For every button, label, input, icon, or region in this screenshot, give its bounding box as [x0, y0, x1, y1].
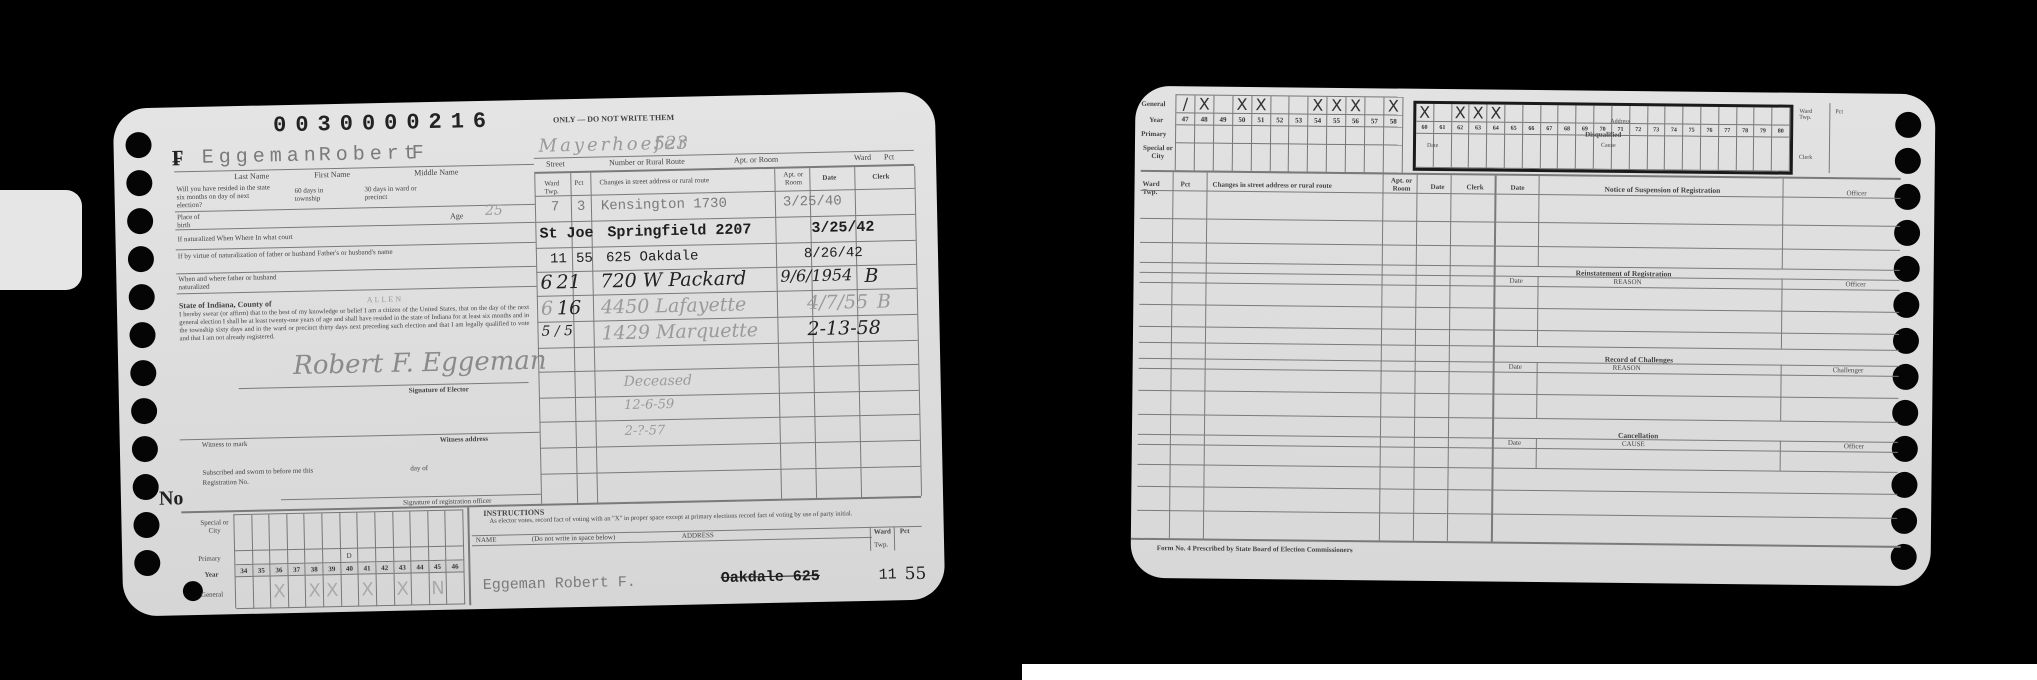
- general-vote-cell: [1719, 107, 1737, 125]
- primary-cell: [429, 547, 447, 561]
- special-cell: [410, 511, 428, 547]
- general-vote-cell: [1683, 107, 1701, 125]
- last-name-label: Last Name: [234, 171, 269, 181]
- year-cell: 74: [1665, 124, 1683, 136]
- year-cell: 78: [1737, 125, 1755, 137]
- year-cell: 53: [1290, 114, 1309, 126]
- year-cell: 68: [1559, 123, 1577, 135]
- primary-cell: D: [341, 549, 359, 563]
- general-vote-cell: [1214, 96, 1233, 114]
- primary-cell: [1365, 127, 1384, 145]
- change-row-6-date: 2-13-58: [807, 317, 881, 341]
- special-cell: [287, 514, 305, 550]
- primary-cell: [1214, 126, 1233, 144]
- general-vote-cell: X: [271, 576, 289, 608]
- footer-address: Oakdale 625: [721, 568, 820, 587]
- year-cell: 79: [1754, 125, 1772, 137]
- change-row-6-address: 1429 Marquette: [601, 319, 758, 344]
- number-label: Number or Rural Route: [609, 157, 685, 168]
- status-cell: [1434, 134, 1452, 168]
- change-row-6-ward: 5 / 5: [541, 323, 573, 340]
- primary-cell: [1176, 125, 1195, 143]
- general-vote-cell: [253, 576, 271, 608]
- status-cell: [1647, 136, 1665, 170]
- status-cell: [1683, 137, 1701, 171]
- registration-no-label: Registration No.: [203, 478, 249, 487]
- punch-hole: [128, 284, 155, 311]
- father-when-label: When and where father or husband natural…: [178, 273, 278, 291]
- age-label: Age: [450, 211, 464, 220]
- reinstatement-col-officer: Officer: [1846, 280, 1866, 288]
- form-mark: ₣: [172, 145, 184, 171]
- special-cell: [446, 510, 464, 546]
- primary-cell: [235, 551, 253, 565]
- year-cell: 47: [1176, 113, 1195, 125]
- special-cell: [1251, 144, 1270, 172]
- change-row-3-ward: 11: [550, 251, 567, 267]
- general-vote-cell: [1577, 105, 1595, 123]
- status-cell: [1772, 137, 1790, 171]
- footer-ward: 11: [879, 566, 897, 583]
- year-cell: 55: [1328, 115, 1347, 127]
- punch-hole: [1893, 292, 1919, 318]
- special-cell: [1308, 145, 1327, 173]
- cause-box-label: Cause: [1601, 143, 1616, 149]
- year-cell: 66: [1523, 123, 1541, 135]
- general-vote-cell: X: [1347, 97, 1366, 115]
- general-vote-cell: X: [1309, 97, 1328, 115]
- general-vote-cell: X: [1195, 95, 1214, 113]
- special-cell: [1270, 144, 1289, 172]
- year-cell: 57: [1365, 115, 1384, 127]
- change-row-5-address: 4450 Lafayette: [601, 293, 747, 318]
- year-cell: 43: [394, 562, 412, 574]
- punch-hole: [1891, 508, 1917, 534]
- general-vote-cell: [1648, 106, 1666, 124]
- witness-address-label: Witness address: [440, 435, 488, 444]
- year-cell: 72: [1630, 124, 1648, 136]
- general-vote-cell: [1523, 105, 1541, 123]
- general-vote-cell: [1630, 106, 1648, 124]
- special-cell: [1289, 144, 1308, 172]
- special-cell: [1214, 144, 1233, 172]
- primary-cell: [1195, 125, 1214, 143]
- year-cell: 37: [288, 564, 306, 576]
- back-col-apt: Apt. or Room: [1386, 176, 1416, 192]
- back-col-address: Changes in street address or rural route: [1213, 181, 1332, 190]
- address-box-label: Address: [1610, 119, 1630, 125]
- general-vote-cell: X: [306, 575, 324, 607]
- year-cell: 54: [1309, 115, 1328, 127]
- punch-hole: [134, 550, 161, 577]
- instructions-pct-label: Pct: [900, 527, 910, 535]
- footer-name: Eggeman Robert F.: [483, 574, 636, 594]
- status-cell: [1416, 134, 1434, 168]
- year-cell: 50: [1233, 114, 1252, 126]
- challenges-col-date: Date: [1509, 363, 1522, 371]
- adjacent-card-fragment: [0, 190, 82, 290]
- row-rule: [1138, 464, 1898, 473]
- naturalized-label: If naturalized When Where In what court: [177, 233, 292, 243]
- general-vote-cell: N: [429, 573, 447, 605]
- row-rule: [1140, 242, 1900, 251]
- subscribed-label: Subscribed and sworn to before me this: [202, 467, 313, 477]
- change-row-2-ward: St Joe: [539, 225, 593, 243]
- special-cell: [270, 514, 288, 550]
- row-rule: [1138, 390, 1898, 399]
- grid-label-special: Special or City: [197, 518, 231, 535]
- general-vote-cell: [447, 572, 465, 604]
- blank-region: [1022, 664, 2037, 680]
- row-rule: [1140, 218, 1900, 227]
- general-vote-cell: X: [1252, 96, 1271, 114]
- year-cell: 39: [323, 563, 341, 575]
- change-row-2-address: Springfield 2207: [607, 221, 751, 241]
- county-value: ALLEN: [367, 295, 403, 305]
- change-row-5-ward: 6: [541, 297, 554, 319]
- apt-label: Apt. or Room: [734, 155, 778, 165]
- year-cell: 76: [1701, 125, 1719, 137]
- special-cell: [1365, 145, 1384, 173]
- year-cell: 48: [1195, 113, 1214, 125]
- change-row-4-pct: 21: [556, 271, 581, 294]
- suspension-col-officer: Officer: [1846, 189, 1866, 197]
- general-vote-cell: [1755, 107, 1773, 125]
- cancellation-col-officer: Officer: [1844, 442, 1864, 450]
- status-cell: [1612, 136, 1630, 170]
- day-of-label: day of: [410, 464, 428, 472]
- general-vote-cell: [1559, 105, 1577, 123]
- status-cell: [1469, 134, 1487, 168]
- status-cell: [1505, 135, 1523, 169]
- year-cell: 36: [271, 564, 289, 576]
- year-cell: 77: [1719, 125, 1737, 137]
- general-vote-cell: [1701, 107, 1719, 125]
- row-rule: [1140, 262, 1900, 271]
- punch-hole: [1894, 220, 1920, 246]
- general-vote-cell: X: [324, 575, 342, 607]
- grid-label-general: General: [201, 590, 223, 598]
- general-vote-cell: [1434, 104, 1452, 122]
- elector-signature: Robert F. Eggeman: [293, 346, 547, 381]
- special-cell: [1384, 145, 1403, 173]
- change-row-4-date: 9/6/1954: [780, 265, 852, 286]
- year-cell: 61: [1434, 122, 1452, 134]
- instructions-address-label: ADDRESS: [682, 531, 714, 540]
- status-cell: [1487, 135, 1505, 169]
- status-cell: [1594, 136, 1612, 170]
- back-ward-label: Ward Twp.: [1799, 109, 1825, 121]
- primary-cell: [253, 550, 271, 564]
- general-vote-cell: [1271, 96, 1290, 114]
- oath-text: I hereby swear (or affirm) that to the b…: [179, 304, 530, 343]
- punch-hole: [130, 360, 157, 387]
- special-cell: [375, 512, 393, 548]
- year-cell: 35: [253, 564, 271, 576]
- general-vote-cell: [288, 576, 306, 608]
- row-rule: [1138, 414, 1898, 423]
- year-cell: 67: [1541, 123, 1559, 135]
- general-vote-cell: [1505, 105, 1523, 123]
- back-col-pct: Pct: [1181, 180, 1191, 188]
- back-col-date: Date: [1431, 183, 1445, 191]
- change-row-5-pct: 16: [557, 297, 582, 320]
- year-cell: 62: [1452, 122, 1470, 134]
- punch-hole: [132, 474, 159, 501]
- year-cell: 60: [1416, 122, 1434, 134]
- reinstatement-col-reason: REASON: [1614, 278, 1642, 286]
- general-vote-cell: X: [359, 574, 377, 606]
- punch-hole: [132, 436, 159, 463]
- primary-cell: [1289, 126, 1308, 144]
- registration-card-back: General Year Primary Special or City /XX…: [1130, 86, 1935, 586]
- general-vote-cell: X: [1384, 97, 1403, 115]
- instructions-text: As elector votes, record fact of voting …: [489, 509, 909, 525]
- general-vote-cell: [1772, 107, 1790, 125]
- change-row-4-address: 720 W Packard: [600, 267, 746, 292]
- status-cell: [1665, 136, 1683, 170]
- year-cell: 56: [1346, 115, 1365, 127]
- registration-card-front: 0030000216 ONLY — DO NOT WRITE THEM ₣ Eg…: [113, 91, 945, 616]
- change-row-2-date: 3/25/42: [811, 219, 874, 237]
- punch-hole: [133, 512, 160, 539]
- special-cell: [393, 512, 411, 548]
- punch-hole: [1895, 148, 1921, 174]
- row-rule: [1137, 486, 1897, 495]
- punch-hole: [129, 322, 156, 349]
- row-rule: [1137, 510, 1897, 519]
- year-cell: 58: [1384, 115, 1403, 127]
- status-cell: [1558, 135, 1576, 169]
- status-cell: [1754, 137, 1772, 171]
- primary-cell: [1233, 126, 1252, 144]
- year-cell: 44: [411, 561, 429, 573]
- back-table-rows: [1136, 86, 1936, 94]
- grid-label-primary: Primary: [198, 555, 221, 563]
- challenges-col-reason: REASON: [1613, 364, 1641, 372]
- year-cell: 63: [1470, 122, 1488, 134]
- suspension-col-date: Date: [1511, 184, 1525, 192]
- primary-cell: [1327, 127, 1346, 145]
- col-pct: Pct: [574, 179, 583, 187]
- change-row-1-address: Kensington 1730: [601, 196, 727, 215]
- instructions-twp-label: Twp.: [874, 541, 888, 549]
- instructions-ward-label: Ward: [874, 527, 891, 535]
- change-row-4-ward: 6: [540, 271, 553, 293]
- primary-cell: [306, 549, 324, 563]
- punch-hole: [126, 170, 153, 197]
- special-cell: [1232, 144, 1251, 172]
- last-name-value: Eggeman: [202, 144, 321, 169]
- year-cell: 45: [429, 561, 447, 573]
- primary-cell: [323, 549, 341, 563]
- general-vote-cell: [1290, 96, 1309, 114]
- status-cell: [1451, 134, 1469, 168]
- punch-hole: [127, 208, 154, 235]
- general-vote-cell: X: [1470, 104, 1488, 122]
- witness-label: Witness to mark: [202, 440, 248, 449]
- punch-hole: [128, 246, 155, 273]
- general-vote-cell: [236, 577, 254, 609]
- back-grid-label-primary: Primary: [1141, 130, 1166, 138]
- special-cell: [1176, 143, 1195, 171]
- ward-label: Ward: [854, 153, 871, 162]
- general-vote-cell: /: [1176, 95, 1195, 113]
- place-of-birth-label: Place of birth: [177, 213, 207, 230]
- row-rule: [1139, 304, 1899, 313]
- first-name-value: Robert: [319, 142, 421, 167]
- year-cell: 42: [376, 562, 394, 574]
- general-vote-cell: X: [1328, 97, 1347, 115]
- status-cell: [1718, 137, 1736, 171]
- first-name-label: First Name: [314, 170, 350, 180]
- change-row-1-date: 3/25/40: [783, 193, 842, 210]
- change-row-5-clerk: B: [877, 290, 891, 312]
- change-row-3-pct: 55: [576, 251, 593, 267]
- special-cell: [322, 513, 340, 549]
- primary-cell: [394, 548, 412, 562]
- special-cell: [305, 513, 323, 549]
- general-vote-cell: [412, 573, 430, 605]
- year-cell: 73: [1648, 124, 1666, 136]
- form-footer: Form No. 4 Prescribed by State Board of …: [1157, 544, 1353, 554]
- year-cell: 51: [1252, 114, 1271, 126]
- col-address: Changes in street address or rural route: [599, 176, 709, 186]
- primary-cell: [376, 548, 394, 562]
- change-row-8-note: 12-6-59: [624, 397, 674, 413]
- date-box-label: Date: [1427, 143, 1438, 149]
- special-cell: [340, 513, 358, 549]
- col-date: Date: [822, 174, 836, 182]
- year-cell: 80: [1772, 125, 1790, 137]
- instructions-name-label: NAME: [476, 536, 497, 544]
- year-cell: 49: [1214, 114, 1233, 126]
- special-cell: [1346, 145, 1365, 173]
- cancellation-col-date: Date: [1508, 439, 1521, 447]
- special-cell: [252, 514, 270, 550]
- punch-hole: [1892, 364, 1918, 390]
- reinstatement-col-date: Date: [1510, 277, 1523, 285]
- year-cell: 75: [1683, 125, 1701, 137]
- punch-hole: [1892, 436, 1918, 462]
- primary-cell: [446, 546, 464, 560]
- special-cell: [358, 512, 376, 548]
- serial-number: 0030000216: [273, 109, 496, 139]
- year-cell: 34: [235, 565, 253, 577]
- special-cell: [234, 515, 252, 551]
- pct-label: Pct: [884, 152, 894, 161]
- special-cell: [1327, 145, 1346, 173]
- year-cell: 65: [1505, 123, 1523, 135]
- back-voting-grid-left: /XXXXXXX474849505152535455565758: [1175, 94, 1404, 172]
- residence-question: Will you have resided in the state six m…: [176, 183, 271, 209]
- primary-cell: [288, 550, 306, 564]
- age-value: 25: [485, 203, 503, 219]
- general-vote-cell: X: [394, 574, 412, 606]
- back-grid-label-year: Year: [1149, 116, 1163, 124]
- primary-cell: [358, 548, 376, 562]
- primary-cell: [1346, 127, 1365, 145]
- change-row-3-address: 625 Oakdale: [606, 248, 699, 266]
- year-cell: 46: [447, 560, 465, 572]
- year-cell: 52: [1271, 114, 1290, 126]
- status-cell: [1523, 135, 1541, 169]
- status-cell: [1540, 135, 1558, 169]
- township-label: 60 days in township: [294, 186, 349, 203]
- grid-label-year: Year: [204, 571, 218, 579]
- footer-pct: 55: [904, 564, 926, 584]
- year-cell: 64: [1487, 123, 1505, 135]
- year-cell: 40: [341, 563, 359, 575]
- back-pct-label: Pct: [1835, 109, 1843, 115]
- back-grid-label-special: Special or City: [1143, 144, 1173, 160]
- status-cell: [1736, 137, 1754, 171]
- general-vote-cell: X: [1233, 96, 1252, 114]
- street-label: Street: [546, 159, 565, 168]
- change-row-1-pct: 3: [577, 199, 586, 215]
- year-cell: 38: [306, 563, 324, 575]
- primary-cell: [1308, 127, 1327, 145]
- col-ward: Ward Twp.: [544, 179, 568, 195]
- general-vote-cell: [1666, 106, 1684, 124]
- special-cell: [428, 511, 446, 547]
- primary-cell: [1271, 126, 1290, 144]
- original-number-value: 523: [653, 133, 688, 155]
- front-voting-grid: D34353637383940414243444546XXXXXN: [233, 509, 465, 608]
- change-row-3-date: 8/26/42: [804, 245, 863, 262]
- back-grid-label-general: General: [1141, 100, 1165, 108]
- challenges-col-challenger: Challenger: [1833, 366, 1864, 374]
- general-vote-cell: X: [1416, 104, 1434, 122]
- general-vote-cell: [377, 574, 395, 606]
- primary-cell: [270, 550, 288, 564]
- primary-cell: [411, 547, 429, 561]
- general-vote-cell: [1365, 97, 1384, 115]
- punch-hole: [131, 398, 158, 425]
- disqualified-label: Disqualified: [1585, 131, 1621, 139]
- cancellation-col-cause: CAUSE: [1622, 440, 1645, 448]
- status-cell: [1701, 137, 1719, 171]
- primary-cell: [1252, 126, 1271, 144]
- back-col-ward: Ward Twp.: [1142, 180, 1168, 196]
- status-cell: [1629, 136, 1647, 170]
- row-rule: [1139, 342, 1899, 351]
- col-apt: Apt. or Room: [778, 170, 808, 187]
- back-clerk-label: Clerk: [1799, 155, 1812, 161]
- change-row-9-note: 2-?-57: [624, 423, 665, 439]
- general-vote-cell: X: [1487, 105, 1505, 123]
- header-notice: ONLY — DO NOT WRITE THEM: [553, 113, 674, 125]
- change-row-1-ward: 7: [551, 199, 560, 215]
- punch-hole: [1895, 112, 1921, 138]
- status-cell: [1576, 135, 1594, 169]
- col-clerk: Clerk: [872, 172, 889, 180]
- primary-cell: [1384, 127, 1403, 145]
- change-row-7-note: Deceased: [623, 373, 692, 390]
- number-mark: No: [159, 487, 184, 511]
- general-vote-cell: [341, 575, 359, 607]
- general-vote-cell: X: [1452, 104, 1470, 122]
- back-col-clerk: Clerk: [1467, 183, 1484, 191]
- general-vote-cell: [1541, 105, 1559, 123]
- change-row-5-date: 4/7/55: [807, 291, 869, 314]
- middle-initial-value: F: [412, 142, 424, 165]
- punch-hole: [125, 132, 152, 159]
- general-vote-cell: [1737, 107, 1755, 125]
- row-rule: [1139, 326, 1899, 335]
- special-cell: [1195, 143, 1214, 171]
- change-row-4-clerk: B: [864, 265, 878, 287]
